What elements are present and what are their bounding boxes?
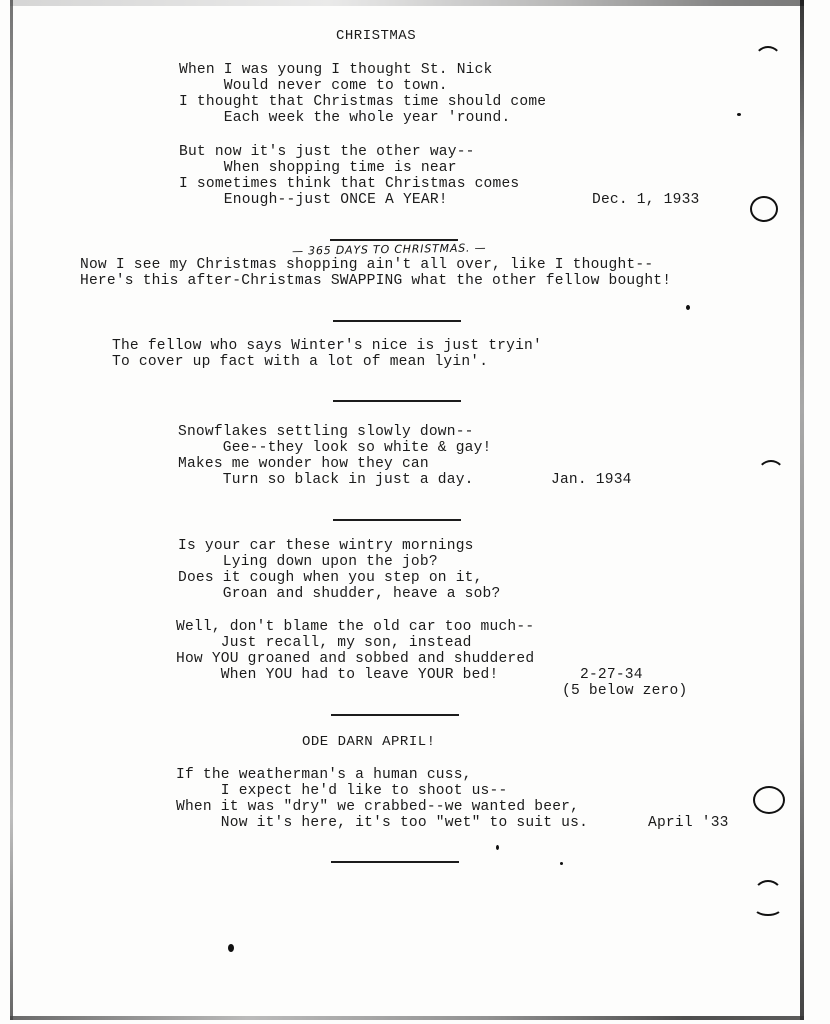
poem-line: Just recall, my son, instead (176, 635, 472, 651)
poem-line: To cover up fact with a lot of mean lyin… (112, 354, 488, 370)
poem-line: Each week the whole year 'round. (179, 110, 510, 126)
poem-line: Groan and shudder, heave a sob? (178, 586, 500, 602)
poem-line: I expect he'd like to shoot us-- (176, 783, 507, 799)
ink-speck (686, 305, 690, 310)
poem-line: Snowflakes settling slowly down-- (178, 424, 474, 440)
poem-line: But now it's just the other way-- (179, 144, 475, 160)
poem-line: I thought that Christmas time should com… (179, 94, 546, 110)
poem-date-note: (5 below zero) (562, 683, 687, 699)
typewritten-page: CHRISTMAS When I was young I thought St.… (0, 0, 830, 1024)
punch-hole-mark (757, 460, 785, 488)
poem-line: I sometimes think that Christmas comes (179, 176, 519, 192)
poem-line: How YOU groaned and sobbed and shuddered (176, 651, 534, 667)
poem-line: Enough--just ONCE A YEAR! (179, 192, 448, 208)
scan-edge-right (800, 0, 804, 1020)
handwritten-note: — 365 DAYS TO CHRISTMAS. — (292, 241, 487, 257)
punch-hole-mark (754, 46, 782, 74)
scan-edge-bottom (10, 1016, 804, 1020)
poem-line: When it was "dry" we crabbed--we wanted … (176, 799, 579, 815)
scan-edge-top (10, 0, 804, 6)
poem-date: 2-27-34 (580, 667, 643, 683)
poem-title-ode-darn-april: ODE DARN APRIL! (302, 734, 436, 750)
poem-date: Jan. 1934 (551, 472, 632, 488)
poem-line: Is your car these wintry mornings (178, 538, 474, 554)
scan-edge-left (10, 0, 13, 1020)
poem-line: When YOU had to leave YOUR bed! (176, 667, 498, 683)
section-divider (333, 519, 461, 521)
section-divider (333, 320, 461, 322)
poem-date: Dec. 1, 1933 (592, 192, 700, 208)
poem-line: If the weatherman's a human cuss, (176, 767, 472, 783)
poem-line: Now I see my Christmas shopping ain't al… (80, 257, 653, 273)
poem-line: Turn so black in just a day. (178, 472, 474, 488)
poem-line: Does it cough when you step on it, (178, 570, 483, 586)
poem-line: Lying down upon the job? (178, 554, 438, 570)
poem-line: When shopping time is near (179, 160, 457, 176)
section-divider (333, 400, 461, 402)
ink-speck (228, 944, 234, 952)
punch-hole-mark (753, 786, 785, 814)
ink-speck (560, 862, 563, 865)
poem-line: Here's this after-Christmas SWAPPING wha… (80, 273, 671, 289)
poem-line: Makes me wonder how they can (178, 456, 429, 472)
section-divider (330, 239, 458, 241)
poem-line: Would never come to town. (179, 78, 448, 94)
punch-hole-mark (750, 196, 778, 222)
poem-line: Gee--they look so white & gay! (178, 440, 492, 456)
section-divider (331, 714, 459, 716)
poem-line: The fellow who says Winter's nice is jus… (112, 338, 542, 354)
punch-hole-mark (753, 898, 783, 916)
ink-speck (496, 845, 499, 850)
poem-line: Now it's here, it's too "wet" to suit us… (176, 815, 588, 831)
section-divider (331, 861, 459, 863)
poem-date: April '33 (648, 815, 729, 831)
poem-line: Well, don't blame the old car too much-- (176, 619, 534, 635)
poem-title-christmas: CHRISTMAS (336, 28, 416, 44)
ink-speck (737, 113, 741, 116)
poem-line: When I was young I thought St. Nick (179, 62, 493, 78)
